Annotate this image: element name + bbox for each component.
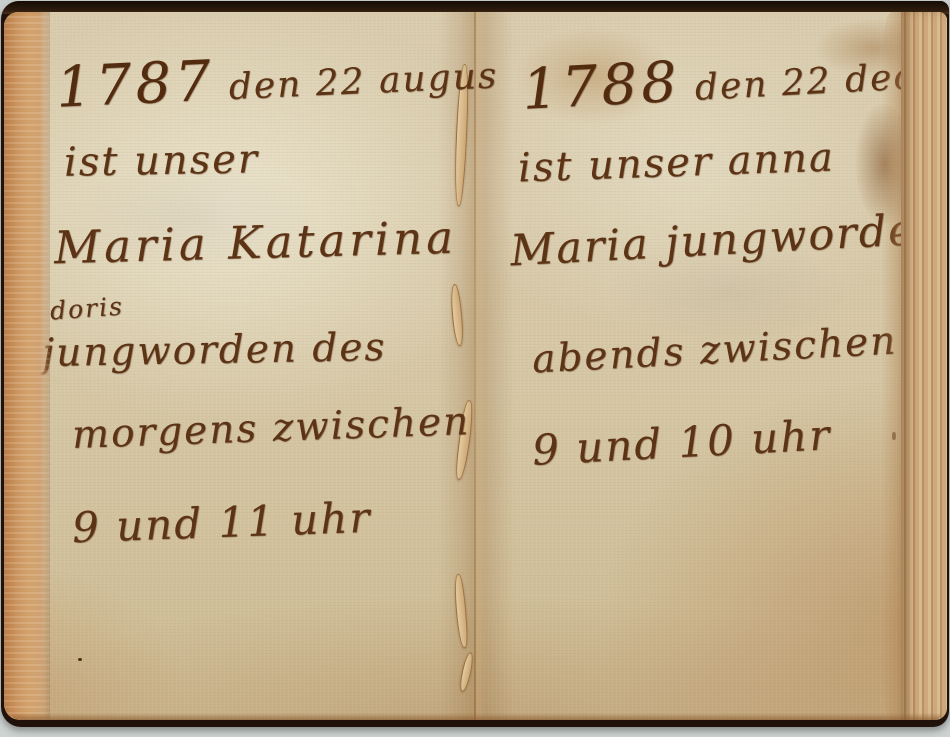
left-entry-inserted-word: doris <box>49 291 125 325</box>
left-entry-time: 9 und 11 uhr <box>71 493 372 552</box>
ink-speck <box>78 658 82 661</box>
book: 1787den 22 augus ist unser Maria Katarin… <box>1 1 949 727</box>
right-entry-line: abends zwischen <box>531 318 898 382</box>
left-entry-date-rest: den 22 augus <box>228 55 499 108</box>
page-spread: 1787den 22 augus ist unser Maria Katarin… <box>4 12 947 720</box>
left-entry-date: 1787den 22 augus <box>55 36 500 120</box>
left-fore-edge-pages <box>4 12 50 720</box>
right-entry-year: 1788 <box>521 50 683 123</box>
left-entry-line: jungworden des <box>42 325 387 376</box>
gutter-crease <box>474 12 476 720</box>
left-entry-line: morgens zwischen <box>71 399 471 458</box>
bottom-page-edge <box>12 713 941 720</box>
left-entry-line: ist unser <box>64 136 260 185</box>
right-entry-line: ist unser anna <box>517 134 835 191</box>
gutter-shadow <box>438 12 514 720</box>
left-entry-name: Maria Katarina <box>53 211 457 275</box>
right-fore-edge-pages <box>901 12 947 720</box>
right-entry-time: 9 und 10 uhr <box>531 410 833 475</box>
scanner-background: 1787den 22 augus ist unser Maria Katarin… <box>0 0 950 737</box>
left-entry-year: 1787 <box>55 49 216 121</box>
